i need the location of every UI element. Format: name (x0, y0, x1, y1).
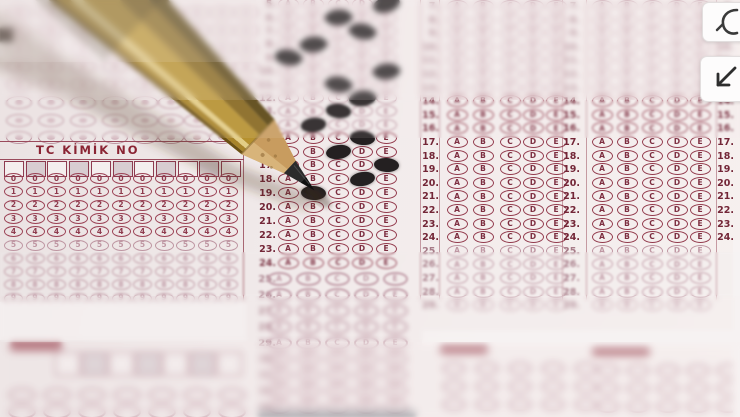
lightbox-resize-tile[interactable] (700, 56, 740, 102)
down-left-arrow-icon (701, 57, 740, 103)
lightbox-zoom-tile[interactable] (702, 2, 740, 42)
yellow-pencil (0, 0, 740, 417)
curved-arrow-icon (703, 3, 740, 43)
omr-sheet-photo: 0000000000011111111111222222222223333333… (0, 0, 740, 417)
